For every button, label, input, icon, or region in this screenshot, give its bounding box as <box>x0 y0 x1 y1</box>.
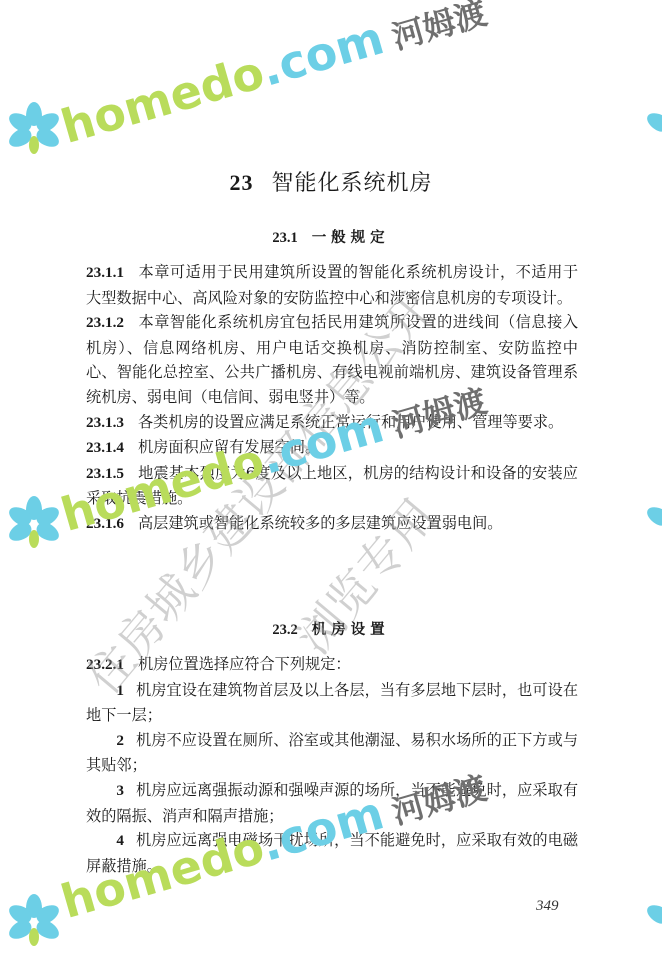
section-body-23-2: 23.2.1机房位置选择应符合下列规定： 1机房宜设在建筑物首层及以上各层，当有… <box>86 652 578 878</box>
list-item-3: 3机房应远离强振动源和强噪声源的场所，当不能避免时，应采取有效的隔振、消声和隔声… <box>86 778 578 828</box>
brand-latin: homedo <box>55 45 270 154</box>
clause-23-1-2: 23.1.2本章智能化系统机房宜包括民用建筑所设置的进线间（信息接入机房）、信息… <box>86 310 578 409</box>
list-item-4: 4机房应远离强电磁场干扰场所，当不能避免时，应采取有效的电磁屏蔽措施。 <box>86 828 578 878</box>
clause-23-1-6: 23.1.6高层建筑或智能化系统较多的多层建筑应设置弱电间。 <box>86 511 578 537</box>
clause-23-1-3: 23.1.3各类机房的设置应满足系统正常运行和用户使用、管理等要求。 <box>86 410 578 436</box>
clause-text: 机房面积应留有发展空间。 <box>138 438 320 456</box>
item-number: 2 <box>116 732 124 749</box>
item-text: 机房不应设置在厕所、浴室或其他潮湿、易积水场所的正下方或与其贴邻； <box>86 731 578 775</box>
homedo-flower-icon <box>2 492 66 556</box>
brand-cn: 河姆渡 <box>388 0 491 57</box>
homedo-flower-icon <box>2 890 66 954</box>
item-number: 1 <box>116 682 124 699</box>
clause-number: 23.1.1 <box>86 264 124 281</box>
clause-text: 各类机房的设置应满足系统正常运行和用户使用、管理等要求。 <box>138 413 563 431</box>
list-item-2: 2机房不应设置在厕所、浴室或其他潮湿、易积水场所的正下方或与其贴邻； <box>86 728 578 778</box>
item-number: 3 <box>116 782 124 799</box>
homedo-flower-icon <box>640 98 662 162</box>
item-text: 机房宜设在建筑物首层及以上各层，当有多层地下层时，也可设在地下一层； <box>86 681 578 725</box>
chapter-title: 23智能化系统机房 <box>0 166 662 197</box>
section-title-23-2: 23.2机房设置 <box>0 618 662 639</box>
clause-number: 23.2.1 <box>86 656 124 673</box>
clause-text: 高层建筑或智能化系统较多的多层建筑应设置弱电间。 <box>138 514 503 532</box>
clause-text: 机房位置选择应符合下列规定： <box>138 655 351 673</box>
list-item-1: 1机房宜设在建筑物首层及以上各层，当有多层地下层时，也可设在地下一层； <box>86 678 578 728</box>
clause-number: 23.1.2 <box>86 314 124 331</box>
item-text: 机房应远离强振动源和强噪声源的场所，当不能避免时，应采取有效的隔振、消声和隔声措… <box>86 781 578 825</box>
section-title-23-1: 23.1一般规定 <box>0 226 662 247</box>
homedo-flower-icon <box>2 98 66 162</box>
clause-number: 23.1.6 <box>86 515 124 532</box>
clause-text: 本章智能化系统机房宜包括民用建筑所设置的进线间（信息接入机房）、信息网络机房、用… <box>86 313 578 406</box>
chapter-number: 23 <box>229 170 253 195</box>
clause-number: 23.1.5 <box>86 465 124 482</box>
brand-domain: .com <box>255 10 389 96</box>
clause-number: 23.1.3 <box>86 414 124 431</box>
section-body-23-1: 23.1.1本章可适用于民用建筑所设置的智能化系统机房设计，不适用于大型数据中心… <box>86 260 578 537</box>
page-number: 349 <box>536 898 559 915</box>
section-title-text: 一般规定 <box>312 230 390 246</box>
document-page: 23智能化系统机房 23.1一般规定 23.1.1本章可适用于民用建筑所设置的智… <box>0 0 662 958</box>
clause-number: 23.1.4 <box>86 439 124 456</box>
clause-23-1-5: 23.1.5地震基本烈度为6度及以上地区，机房的结构设计和设备的安装应采取抗震措… <box>86 461 578 511</box>
section-title-text: 机房设置 <box>312 622 390 638</box>
item-number: 4 <box>116 832 124 849</box>
section-number: 23.2 <box>272 622 297 638</box>
chapter-title-text: 智能化系统机房 <box>271 171 432 196</box>
homedo-flower-icon <box>640 890 662 954</box>
clause-23-2-1: 23.2.1机房位置选择应符合下列规定： <box>86 652 578 678</box>
item-text: 机房应远离强电磁场干扰场所，当不能避免时，应采取有效的电磁屏蔽措施。 <box>86 831 578 875</box>
watermark-brand-top: homedo.com河姆渡 <box>55 0 492 154</box>
section-number: 23.1 <box>272 230 297 246</box>
clause-23-1-4: 23.1.4机房面积应留有发展空间。 <box>86 435 578 461</box>
homedo-flower-icon <box>640 492 662 556</box>
clause-23-1-1: 23.1.1本章可适用于民用建筑所设置的智能化系统机房设计，不适用于大型数据中心… <box>86 260 578 310</box>
clause-text: 本章可适用于民用建筑所设置的智能化系统机房设计，不适用于大型数据中心、高风险对象… <box>86 263 578 307</box>
clause-text: 地震基本烈度为6度及以上地区，机房的结构设计和设备的安装应采取抗震措施。 <box>86 464 578 508</box>
